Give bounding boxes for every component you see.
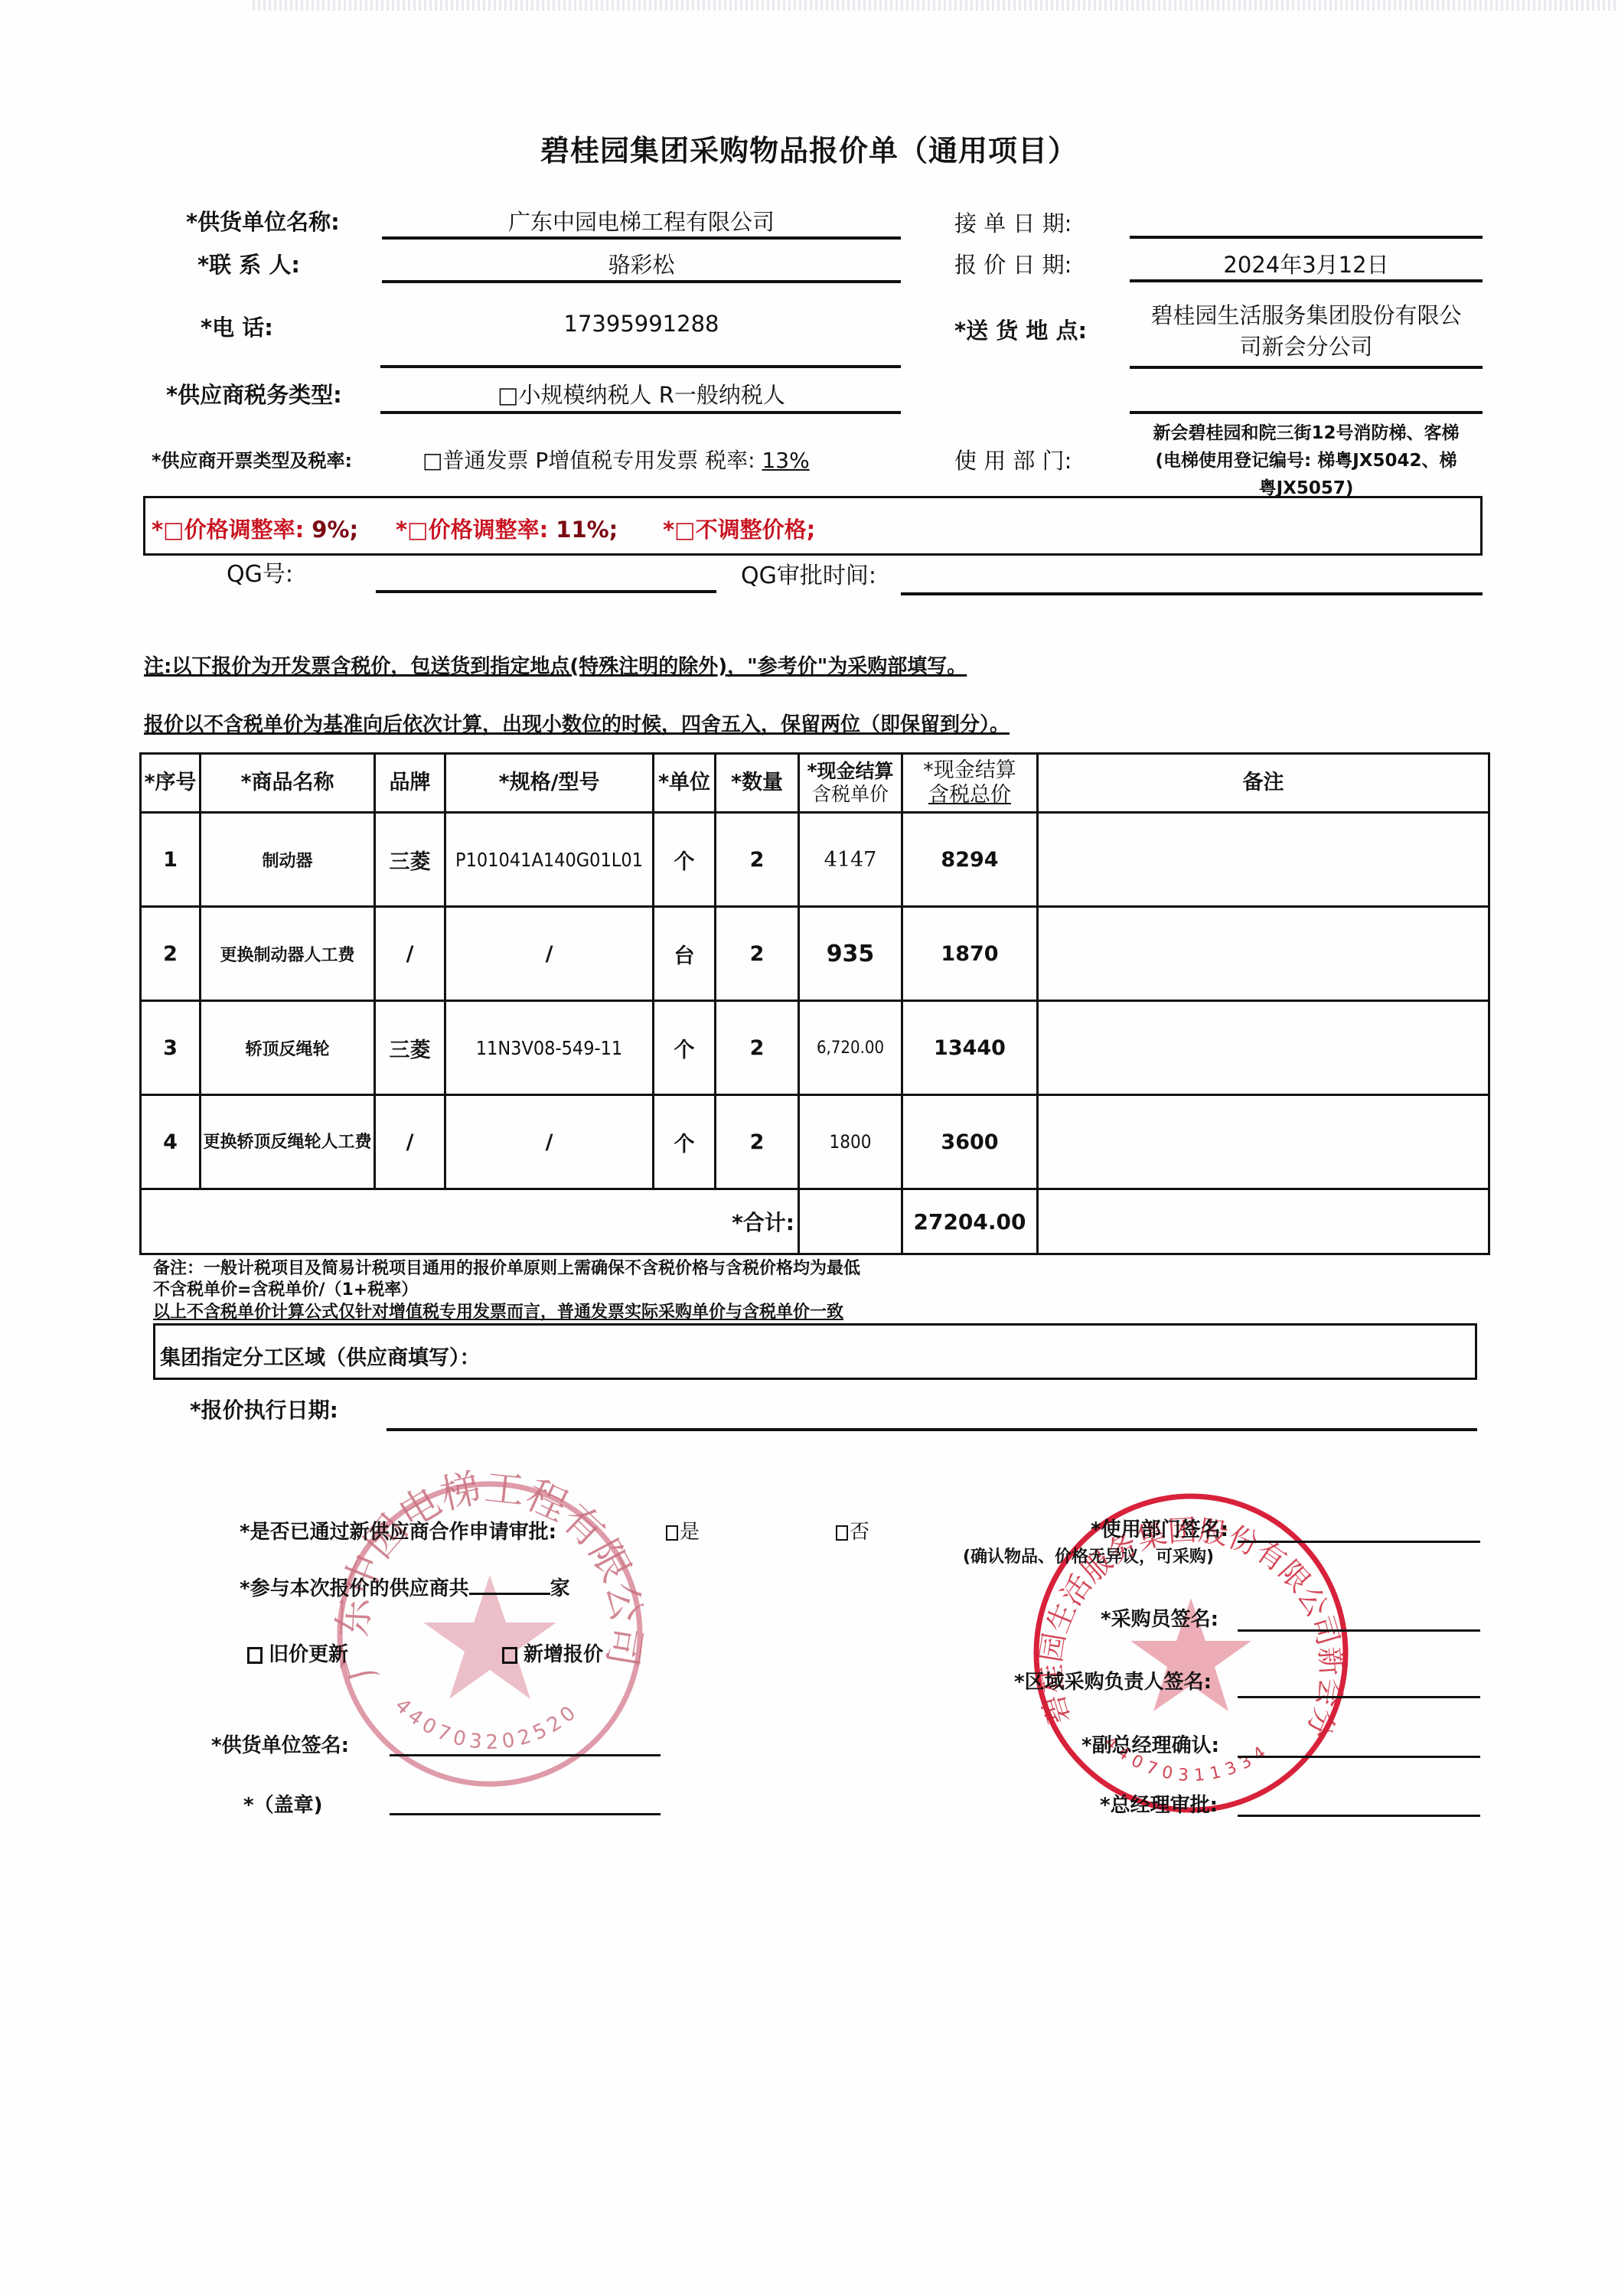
delivery-underline [1130, 366, 1483, 369]
new-price-option[interactable]: 新增报价 [502, 1639, 603, 1667]
invoice-label: *供应商开票类型及税率: [152, 445, 352, 472]
col-header-unit-price-l2: 含税单价 [812, 783, 889, 805]
dept-top-line [1130, 411, 1483, 414]
tax-type-label: *供应商税务类型: [166, 378, 342, 409]
exec-date-underline [387, 1428, 1477, 1431]
col-header-remark: 备注 [1038, 754, 1489, 813]
supplier-seal-code: 4407032025201 [325, 1459, 584, 1754]
cell-total[interactable]: 3600 [902, 1095, 1038, 1189]
invoice-value[interactable]: □普通发票 P增值税专用发票 税率: 13% [422, 444, 810, 475]
quote-table: *序号 *商品名称 品牌 *规格/型号 *单位 *数量 *现金结算含税单价 *现… [139, 752, 1490, 1255]
checkbox-icon [836, 1525, 848, 1541]
table-row: 2 更换制动器人工费 / / 台 2 935 1870 [141, 907, 1489, 1001]
cell-no: 3 [141, 1001, 201, 1095]
checkbox-icon [666, 1525, 678, 1541]
col-header-model: *规格/型号 [445, 754, 654, 813]
dept-sign-label: *使用部门签名: [1068, 1514, 1228, 1542]
cell-total[interactable]: 8294 [902, 813, 1038, 907]
approval-yes-label: 是 [680, 1521, 700, 1544]
col-header-total-price: *现金结算含税总价 [902, 754, 1038, 813]
cell-name[interactable]: 制动器 [201, 813, 375, 907]
price-adjust-9-rate: 9%; [312, 517, 358, 543]
remark-line1: 备注：一般计税项目及简易计税项目通用的报价单原则上需确保不含税价格与含税价格均为… [153, 1255, 860, 1279]
cell-unit[interactable]: 个 [654, 1001, 716, 1095]
qg-time-underline [901, 592, 1483, 595]
col-header-unit: *单位 [654, 754, 716, 813]
cell-total[interactable]: 13440 [902, 1001, 1038, 1095]
remark-line2: 不含税单价=含税单价/（1+税率） [153, 1277, 418, 1300]
seal-label: *（盖章) [243, 1789, 322, 1818]
col-header-qty: *数量 [716, 754, 799, 813]
cell-qty[interactable]: 2 [716, 907, 799, 1001]
price-adjust-11-rate: 11%; [556, 517, 618, 543]
col-header-total-price-l2: 含税总价 [928, 783, 1011, 807]
no-price-adjust-option[interactable]: *□不调整价格; [663, 513, 815, 544]
col-header-unit-price: *现金结算含税单价 [799, 754, 902, 813]
price-adjust-9-label: *□价格调整率: [152, 517, 312, 543]
vice-gm-confirm-line[interactable] [1238, 1756, 1480, 1758]
table-header-row: *序号 *商品名称 品牌 *规格/型号 *单位 *数量 *现金结算含税单价 *现… [141, 754, 1489, 813]
approval-no-label: 否 [850, 1521, 869, 1544]
cell-qty[interactable]: 2 [716, 1001, 799, 1095]
note-tax-inclusive: 注:以下报价为开发票含税价，包送货到指定地点(特殊注明的除外)，"参考价"为采购… [144, 651, 967, 679]
total-value: 27204.00 [902, 1189, 1038, 1254]
cell-remark[interactable] [1038, 813, 1489, 907]
delivery-value-line2: 司新会分公司 [1130, 330, 1483, 361]
qg-time-label: QG审批时间: [741, 556, 876, 590]
supplier-sign-label: *供货单位签名: [211, 1730, 349, 1758]
new-price-label: 新增报价 [524, 1643, 603, 1666]
qg-no-label: QG号: [227, 555, 293, 589]
dept-sign-note: (确认物品、价格无异议，可采购) [963, 1544, 1214, 1567]
invoice-tax-rate: 13% [762, 448, 809, 473]
qg-no-underline [376, 590, 716, 593]
price-adjust-box: *□价格调整率: 9%; *□价格调整率: 11%; *□不调整价格; [143, 496, 1483, 556]
cell-unit-price[interactable]: 1800 [799, 1095, 902, 1189]
tax-type-underline [380, 411, 901, 414]
cell-unit-price[interactable]: 4147 [799, 813, 902, 907]
col-header-unit-price-l1: *现金结算 [807, 760, 893, 782]
dept-sign-line[interactable] [1238, 1541, 1480, 1543]
cell-remark[interactable] [1038, 1001, 1489, 1095]
table-total-row: *合计: 27204.00 [141, 1189, 1489, 1254]
delivery-value-line1: 碧桂园生活服务集团股份有限公 [1130, 298, 1483, 330]
cell-brand[interactable]: / [375, 1095, 445, 1189]
participants-count-input[interactable] [469, 1593, 550, 1595]
exec-date-label: *报价执行日期: [190, 1394, 338, 1424]
contact-underline [382, 280, 901, 283]
cell-unit-price[interactable]: 935 [799, 907, 902, 1001]
cell-model[interactable]: 11N3V08-549-11 [445, 1001, 654, 1095]
cell-unit-price[interactable]: 6,720.00 [799, 1001, 902, 1095]
remark-line3: 以上不含税单价计算公式仅针对增值税专用发票而言，普通发票实际采购单价与含税单价一… [153, 1299, 843, 1322]
cell-brand[interactable]: 三菱 [375, 1001, 445, 1095]
cell-name[interactable]: 更换轿顶反绳轮人工费 [201, 1095, 375, 1189]
old-price-update-option[interactable]: 旧价更新 [247, 1639, 348, 1667]
cell-model[interactable]: / [445, 907, 654, 1001]
quote-date-label: 报 价 日 期: [954, 248, 1072, 279]
cell-remark[interactable] [1038, 1095, 1489, 1189]
cell-model[interactable]: / [445, 1095, 654, 1189]
total-unit-price-cell [799, 1189, 902, 1254]
delivery-label: *送 货 地 点: [954, 314, 1087, 345]
dept-value-line2: (电梯使用登记编号: 梯粤JX5042、梯 [1130, 446, 1483, 471]
phone-underline [380, 365, 901, 368]
cell-no: 2 [141, 907, 201, 1001]
cell-unit[interactable]: 台 [654, 907, 716, 1001]
cell-unit[interactable]: 个 [654, 1095, 716, 1189]
participants-line: *参与本次报价的供应商共家 [240, 1573, 570, 1601]
participants-prefix: *参与本次报价的供应商共 [240, 1577, 469, 1600]
supplier-label: *供货单位名称: [186, 205, 340, 236]
cell-total[interactable]: 1870 [902, 907, 1038, 1001]
cell-no: 1 [141, 813, 201, 907]
order-date-underline [1130, 236, 1483, 239]
cell-brand[interactable]: 三菱 [375, 813, 445, 907]
cell-qty[interactable]: 2 [716, 813, 799, 907]
cell-unit[interactable]: 个 [654, 813, 716, 907]
phone-value[interactable]: 17395991288 [382, 311, 901, 337]
table-row: 4 更换轿顶反绳轮人工费 / / 个 2 1800 3600 [141, 1095, 1489, 1189]
price-adjust-11-option[interactable]: *□价格调整率: 11%; [396, 513, 618, 544]
quote-date-value[interactable]: 2024年3月12日 [1130, 248, 1483, 279]
division-area-label: 集团指定分工区域（供应商填写）： [160, 1341, 481, 1371]
scan-artifact [253, 0, 1618, 11]
supplier-value[interactable]: 广东中园电梯工程有限公司 [382, 205, 901, 236]
gm-approval-label: *总经理审批: [1100, 1789, 1218, 1818]
regional-head-sign-line[interactable] [1238, 1696, 1480, 1698]
price-adjust-11-label: *□价格调整率: [396, 517, 556, 543]
participants-suffix: 家 [550, 1577, 570, 1600]
division-area-box[interactable]: 集团指定分工区域（供应商填写）： [153, 1323, 1477, 1380]
page-title: 碧桂园集团采购物品报价单（通用项目） [0, 127, 1618, 169]
cell-remark[interactable] [1038, 907, 1489, 1001]
cell-name[interactable]: 轿顶反绳轮 [201, 1001, 375, 1095]
cell-brand[interactable]: / [375, 907, 445, 1001]
col-header-no: *序号 [141, 754, 201, 813]
buyer-sign-line[interactable] [1238, 1629, 1480, 1632]
cell-qty[interactable]: 2 [716, 1095, 799, 1189]
buyer-sign-label: *采购员签名: [1101, 1603, 1218, 1632]
approval-no-option[interactable]: 否 [836, 1516, 869, 1544]
col-header-total-price-l1: *现金结算 [923, 758, 1016, 782]
col-header-name: *商品名称 [201, 754, 375, 813]
checkbox-icon [247, 1647, 263, 1664]
supplier-underline [382, 236, 901, 240]
phone-label: *电 话: [201, 311, 273, 342]
price-adjust-9-option[interactable]: *□价格调整率: 9%; [152, 513, 358, 544]
new-supplier-approval-question: *是否已通过新供应商合作申请审批: [240, 1516, 556, 1544]
quote-date-underline [1130, 279, 1483, 282]
col-header-brand: 品牌 [375, 754, 445, 813]
checkbox-icon [502, 1647, 517, 1664]
dept-label: 使 用 部 门: [954, 444, 1072, 475]
vice-gm-confirm-label: *副总经理确认: [1081, 1730, 1219, 1758]
tax-type-value[interactable]: □小规模纳税人 R一般纳税人 [382, 378, 901, 409]
approval-yes-option[interactable]: 是 [666, 1516, 700, 1544]
note-rounding: 报价以不含税单价为基准向后依次计算，出现小数位的时候，四舍五入，保留两位（即保留… [144, 709, 1010, 737]
seal-line[interactable] [390, 1813, 661, 1815]
gm-approval-line[interactable] [1238, 1815, 1480, 1817]
supplier-sign-line[interactable] [390, 1754, 661, 1756]
total-label: *合计: [141, 1189, 799, 1254]
contact-value[interactable]: 骆彩松 [382, 248, 901, 279]
svg-text:4407032025201: 4407032025201 [325, 1459, 584, 1754]
total-remark-cell [1038, 1189, 1489, 1254]
table-row: 3 轿顶反绳轮 三菱 11N3V08-549-11 个 2 6,720.00 1… [141, 1001, 1489, 1095]
cell-name[interactable]: 更换制动器人工费 [201, 907, 375, 1001]
old-price-update-label: 旧价更新 [269, 1643, 348, 1666]
cell-model[interactable]: P101041A140G01L01 [445, 813, 654, 907]
contact-label: *联 系 人: [197, 248, 300, 279]
dept-value-line1: 新会碧桂园和院三街12号消防梯、客梯 [1130, 419, 1483, 444]
table-row: 1 制动器 三菱 P101041A140G01L01 个 2 4147 8294 [141, 813, 1489, 907]
cell-no: 4 [141, 1095, 201, 1189]
regional-head-sign-label: *区域采购负责人签名: [1014, 1666, 1212, 1694]
order-date-label: 接 单 日 期: [954, 207, 1072, 238]
invoice-type-text: □普通发票 P增值税专用发票 税率: [422, 448, 762, 473]
